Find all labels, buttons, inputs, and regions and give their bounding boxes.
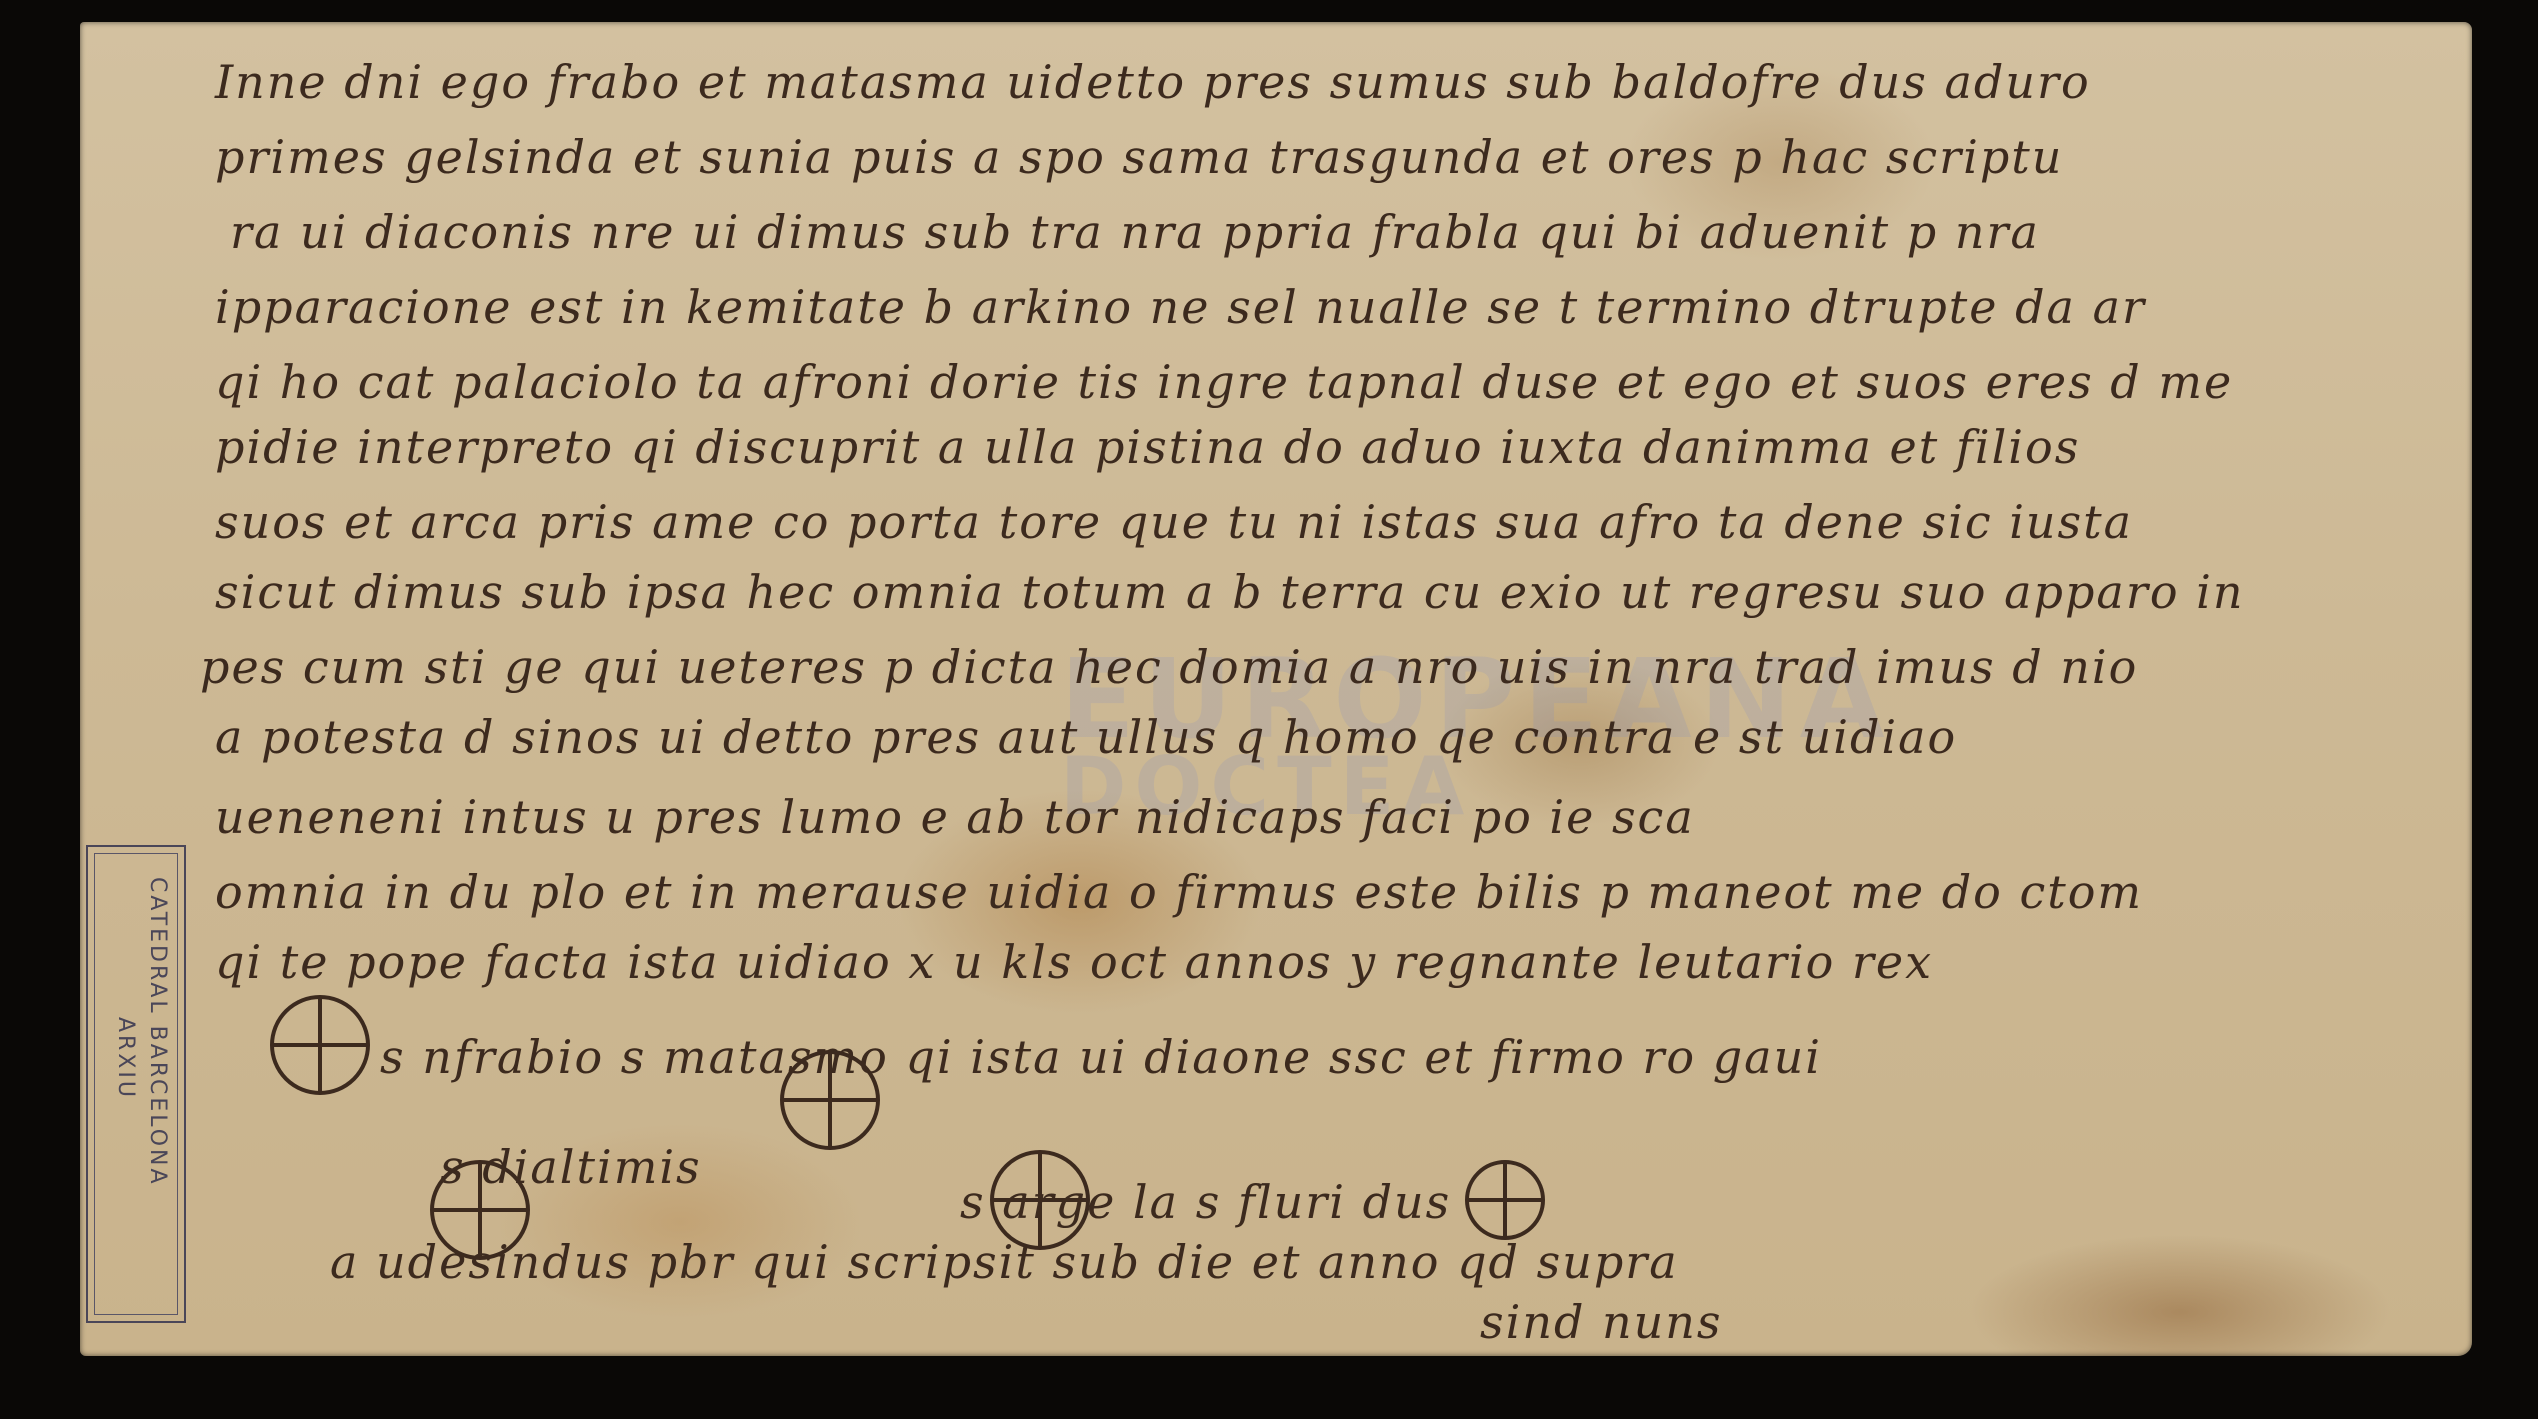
text-line-5: qi ho cat palaciolo ta afroni dorie tis … (215, 355, 2233, 409)
text-line-2: primes gelsinda et sunia puis a spo sama… (215, 130, 2063, 184)
text-line-12: omnia in du plo et in merause uidia o fi… (215, 865, 2143, 919)
text-line-13: qi te pope facta ista uidiao x u kls oct… (215, 935, 1933, 989)
text-line-18: sind nuns (1480, 1295, 1723, 1349)
signum-cross-frabio (270, 995, 370, 1095)
text-line-9: pes cum sti ge qui ueteres p dicta hec d… (200, 640, 2138, 694)
text-line-3: ra ui diaconis nre ui dimus sub tra nra … (230, 205, 2040, 259)
text-line-11: ueneneni intus u pres lumo e ab tor nidi… (215, 790, 1695, 844)
text-line-6: pidie interpreto qi discuprit a ulla pis… (215, 420, 2080, 474)
archive-stamp-line2: ARXIU (113, 1017, 138, 1100)
text-line-4: ipparacione est in kemitate b arkino ne … (215, 280, 2146, 334)
archive-stamp: CATEDRAL BARCELONA ARXIU (86, 845, 186, 1323)
text-line-1: Inne dni ego frabo et matasma uidetto pr… (215, 55, 2091, 109)
text-line-7: suos et arca pris ame co porta tore que … (215, 495, 2133, 549)
archive-stamp-line1: CATEDRAL BARCELONA (145, 877, 170, 1187)
text-line-17: a udesindus pbr qui scripsit sub die et … (330, 1235, 1679, 1289)
signum-cross-dialtimis (430, 1160, 530, 1260)
text-line-8: sicut dimus sub ipsa hec omnia totum a b… (215, 565, 2244, 619)
signum-cross-fluridus (1465, 1160, 1545, 1240)
signum-cross-matasmo (780, 1050, 880, 1150)
signum-cross-argela (990, 1150, 1090, 1250)
text-line-14: s nfrabio s matasmo qi ista ui diaone ss… (380, 1030, 1822, 1084)
text-line-10: a potesta d sinos ui detto pres aut ullu… (215, 710, 1957, 764)
